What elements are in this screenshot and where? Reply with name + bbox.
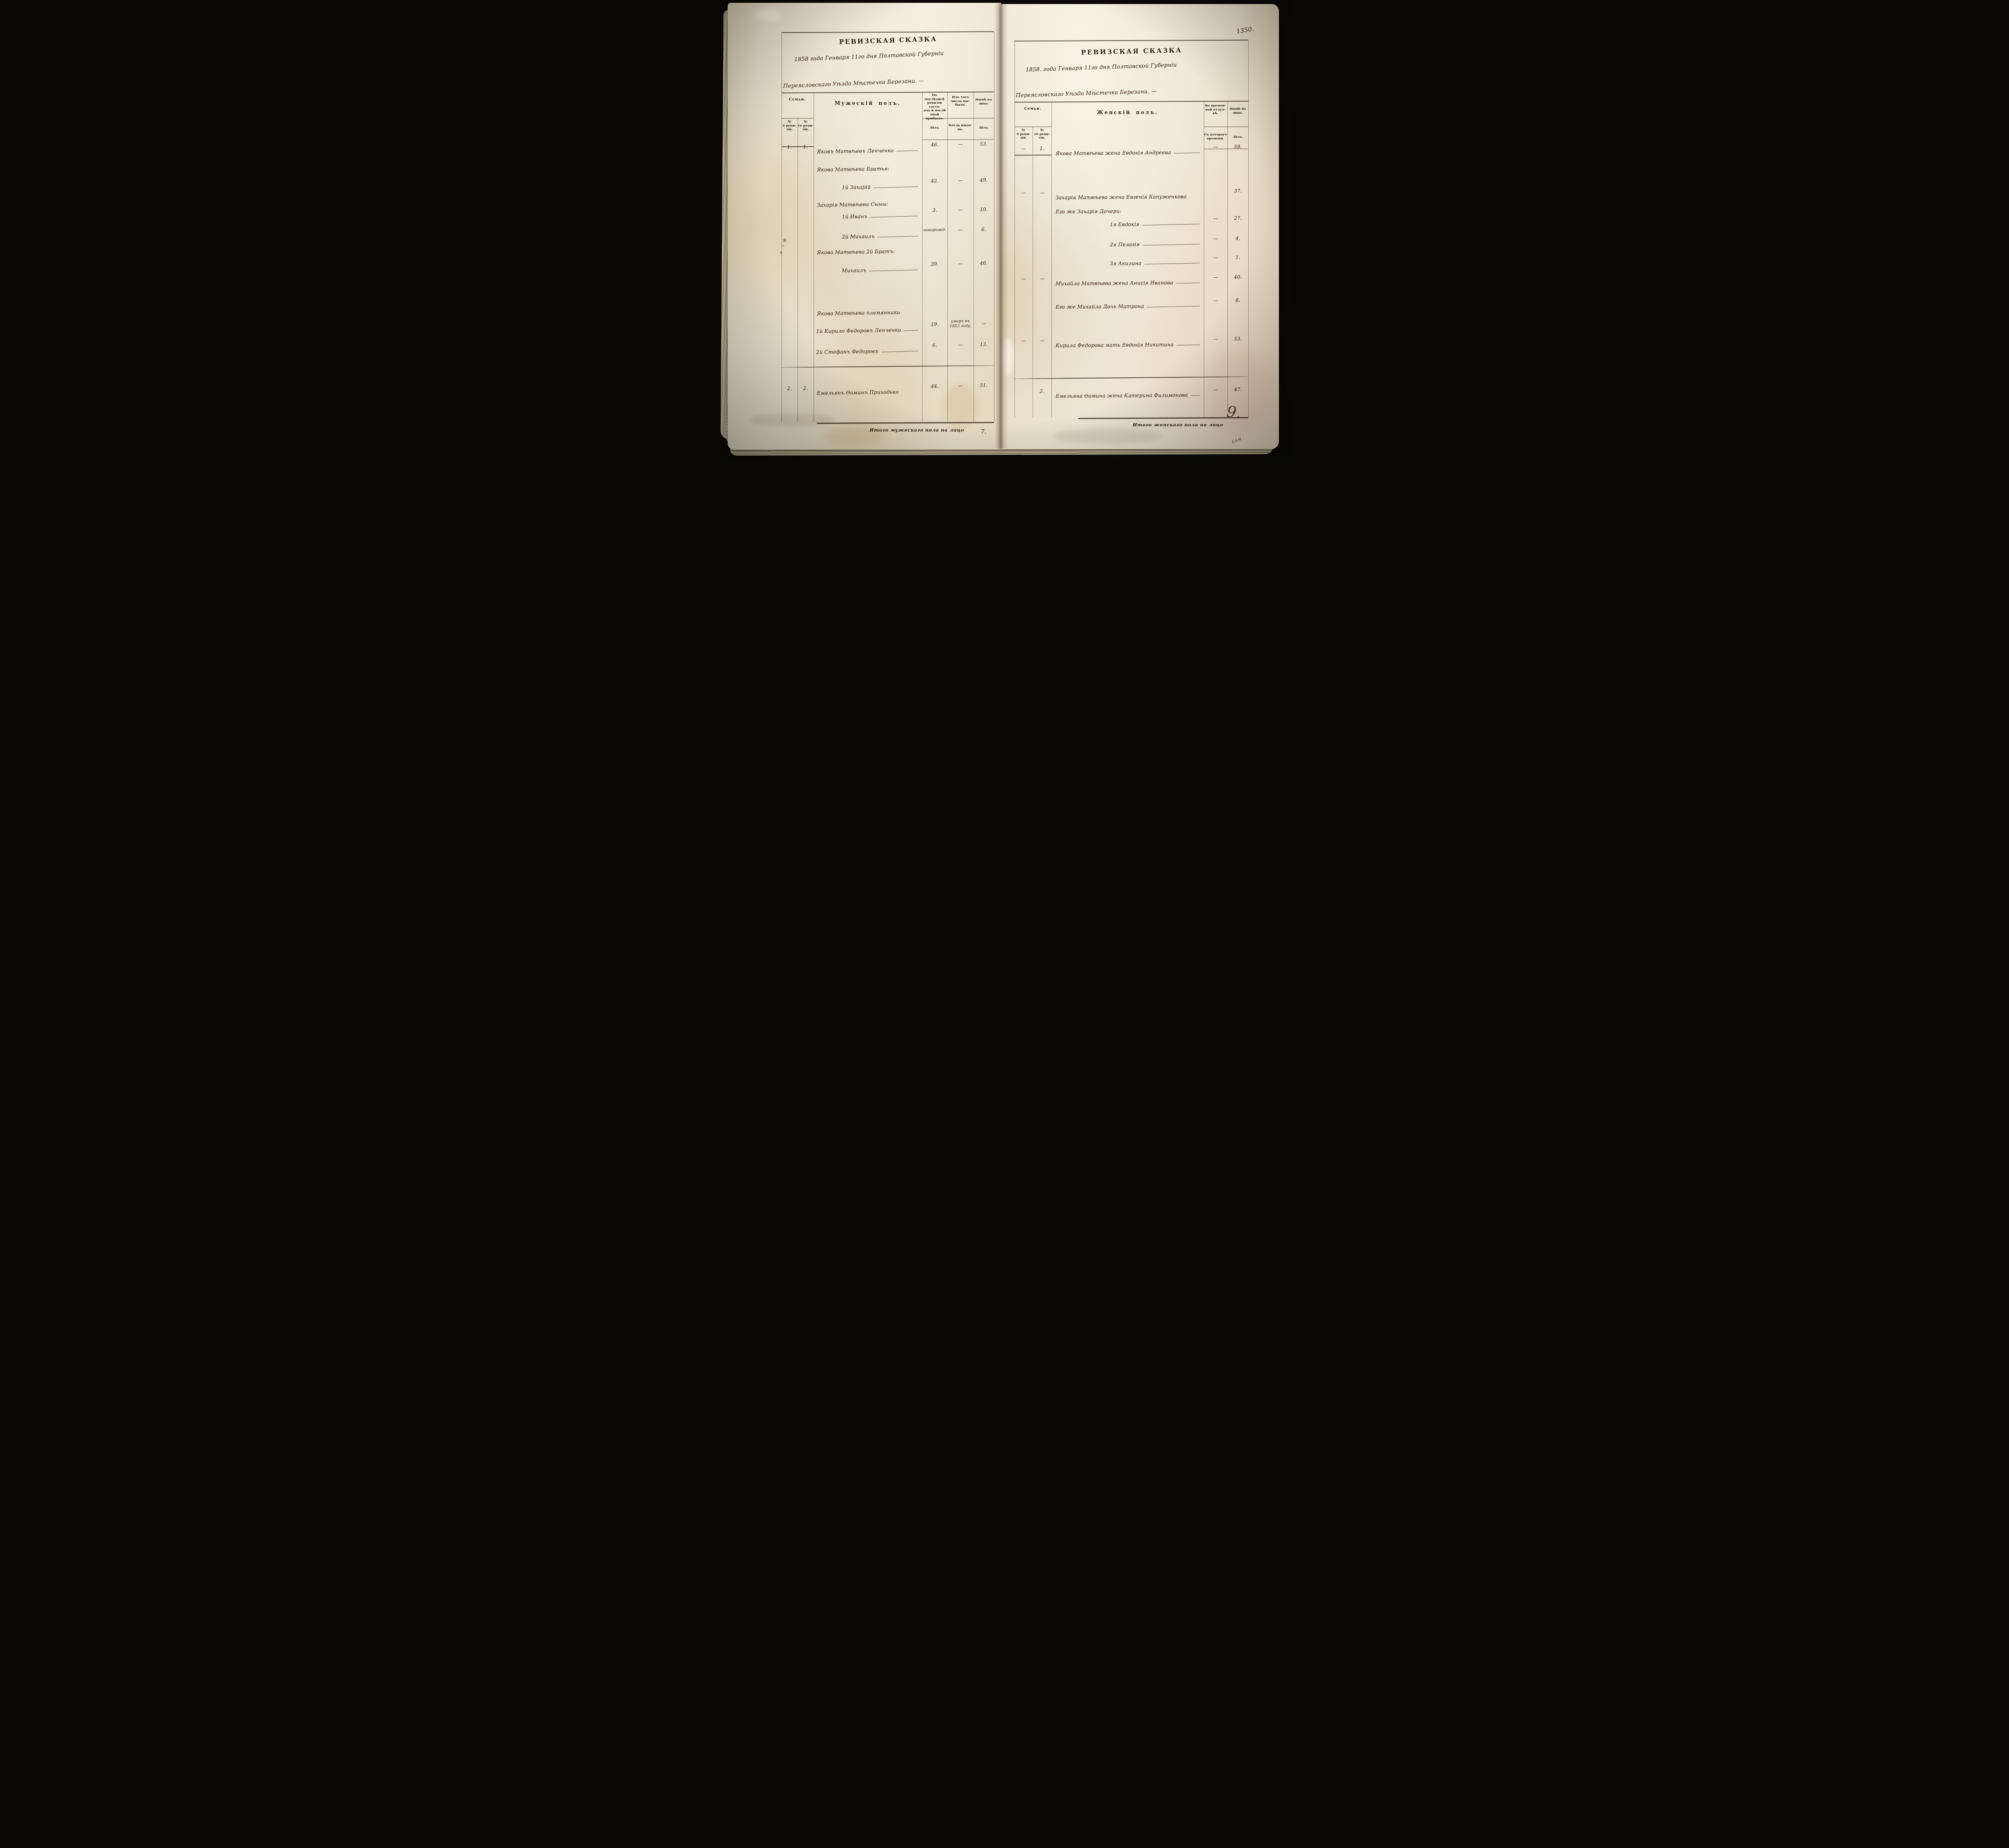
cell-absence: —	[1203, 331, 1227, 347]
cell-name: Михаилъ	[841, 256, 920, 277]
table-row: Его же Михайла Дочь Матрона—8.	[1014, 292, 1248, 310]
cell-age-now: —	[973, 315, 994, 332]
cell-rev9-number: 2.	[781, 380, 798, 397]
cell-age-now: 13.	[973, 336, 994, 353]
cell-name: 1й Кирило Федоровъ Ленченко	[816, 317, 920, 338]
cell-rev10-number: —	[1032, 332, 1051, 348]
table-row: 2я Пелагія—4.	[1014, 230, 1248, 248]
cell-age-now: 47.	[1227, 381, 1248, 397]
cell-age-prev: 3.	[922, 202, 947, 219]
person-name: 2й Стефанъ Федоровъ	[816, 348, 878, 355]
grid-line-horizontal	[816, 422, 994, 424]
female-total-label: Итого женскаго пола на лицо	[1107, 422, 1223, 428]
handwritten-rule	[869, 270, 918, 271]
family-separator-line	[779, 365, 994, 368]
group-heading-row: Якова Матвѣева племянники	[781, 298, 994, 317]
handwritten-rule	[1147, 306, 1200, 307]
person-name: 1й Захарій	[842, 184, 871, 190]
revision-list-book-photo: РЕВИЗСКАЯ СКАЗКА 1858 года Генваря 11го …	[720, 0, 1290, 462]
cell-age-now: 27.	[1227, 210, 1248, 226]
person-name: Михаилъ	[842, 267, 866, 274]
cell-rev9-number: 1.	[781, 139, 798, 155]
cell-age-prev: новорожд.	[922, 222, 947, 239]
table-row: ——Михайла Матвѣева жена Анисія Иванова—4…	[1014, 269, 1248, 287]
gutter-highlight	[1002, 338, 1014, 376]
person-name: Емельяна Ѳомина жена Катерина Филимонова	[1056, 392, 1188, 399]
cell-age-now: 51.	[973, 377, 994, 394]
cell-name: Якова Матвѣева 2й Братъ:	[816, 238, 920, 259]
cell-absence: —	[1203, 230, 1227, 247]
cell-departed: —	[947, 255, 974, 272]
handwritten-rule	[1191, 395, 1199, 396]
cell-age-now: 8.	[1227, 292, 1248, 308]
cell-age-now: 40.	[1227, 269, 1248, 285]
cell-age-prev: 46.	[922, 137, 947, 153]
handwritten-rule	[904, 330, 918, 331]
cell-rev10-number: 2.	[797, 380, 814, 397]
cell-departed: умеръ въ 1853 году.	[947, 315, 974, 332]
cell-age-now: 4.	[1227, 230, 1248, 246]
left-page: РЕВИЗСКАЯ СКАЗКА 1858 года Генваря 11го …	[728, 3, 1001, 450]
cell-name: 2й Стефанъ Федоровъ	[816, 338, 920, 359]
cell-age-now: 53.	[973, 136, 994, 152]
cell-absence: —	[1203, 210, 1227, 227]
cell-name: Кирила Федорова мать Евдокія Никитина	[1055, 331, 1201, 352]
cell-rev10-number: 2.	[1032, 383, 1051, 399]
cell-rev9-number: —	[1014, 333, 1032, 349]
table-row: 1й Захарій42.—49.	[781, 172, 994, 191]
cell-name: Михайла Матвѣева жена Анисія Иванова	[1055, 269, 1201, 290]
male-total-label: Итого мужескаго пола на лицо	[830, 427, 964, 433]
grid-line-horizontal	[1014, 40, 1248, 42]
table-row: 1.1.Яковъ Матвѣевъ Ленченко46.—53.	[781, 136, 994, 155]
cell-age-now: 6.	[973, 221, 994, 238]
table-row: 2.Емельяна Ѳомина жена Катерина Филимоно…	[1014, 381, 1248, 399]
group-heading-text: Якова Матвѣева племянники	[817, 309, 900, 316]
person-name: Яковъ Матвѣевъ Ленченко	[817, 147, 894, 155]
cell-absence: —	[1203, 249, 1227, 266]
cell-departed: —	[947, 172, 974, 188]
table-row: 1я Евдокія—27.	[1014, 210, 1248, 228]
handwritten-rule	[881, 351, 918, 352]
cell-departed: —	[947, 377, 974, 394]
person-name: 1я Евдокія	[1110, 221, 1140, 227]
family-separator-line	[1013, 376, 1249, 379]
group-heading-row: Якова Матвѣева Братья:	[781, 154, 994, 173]
grid-line-vertical	[1248, 40, 1249, 417]
cell-name: 3я Акилина	[1109, 250, 1201, 270]
cell-rev10-number: —	[1032, 270, 1051, 287]
person-name: 2я Пелагія	[1110, 241, 1140, 248]
person-name: Его же Михайла Дочь Матрона	[1056, 303, 1144, 310]
cell-age-now: 46.	[973, 255, 994, 272]
cell-departed: —	[947, 336, 974, 353]
table-row: 1й Иванъ3.—10.	[781, 201, 994, 221]
cell-absence: —	[1203, 269, 1227, 285]
handwritten-rule	[873, 186, 918, 188]
group-heading-text: Якова Матвѣева 2й Братъ:	[817, 248, 895, 256]
handwritten-rule	[1142, 244, 1199, 246]
cell-departed: —	[947, 221, 974, 238]
handwritten-rule	[1174, 153, 1200, 153]
handwritten-rule	[1176, 283, 1199, 284]
cell-age-prev: 44.	[922, 378, 947, 395]
grid-line-horizontal	[781, 92, 994, 93]
table-row: —1.Якова Матвѣева жена Евдокія Андреева—…	[1014, 139, 1248, 157]
female-table-rows: —1.Якова Матвѣева жена Евдокія Андреева—…	[1015, 40, 1248, 446]
cell-age-prev: 6.	[922, 337, 947, 354]
cell-name: Якова Матвѣева жена Евдокія Андреева	[1055, 139, 1201, 160]
cell-age-now: 1.	[1227, 249, 1248, 265]
person-name: 3я Акилина	[1110, 260, 1142, 266]
cell-name: 1я Евдокія	[1109, 211, 1201, 231]
handwritten-rule	[896, 150, 918, 151]
table-row: ——Кирила Федорова мать Евдокія Никитина—…	[1014, 331, 1248, 349]
cell-age-now: 49.	[973, 172, 994, 188]
torn-corner-highlight	[756, 9, 782, 21]
table-row: 2й Стефанъ Федоровъ6.—13.	[781, 336, 994, 356]
cell-rev10-number: 1.	[797, 139, 814, 155]
grid-line-horizontal	[1203, 127, 1248, 127]
grid-line-horizontal	[1014, 101, 1248, 103]
table-row: 2.2.Емельянъ Ѳоминъ Приходько44.—51.	[781, 377, 994, 397]
cell-age-prev: 39.	[922, 256, 947, 272]
person-name: Михайла Матвѣева жена Анисія Иванова	[1056, 280, 1173, 287]
folio-number: 1350.	[1236, 25, 1254, 35]
cell-absence: —	[1203, 381, 1227, 398]
cell-age-now: 10.	[973, 201, 994, 218]
person-name: Емельянъ Ѳоминъ Приходько	[817, 389, 899, 396]
cell-name: 1й Иванъ	[841, 203, 920, 223]
person-name: 1й Кирило Федоровъ Ленченко	[816, 327, 901, 334]
cell-name: Емельянъ Ѳоминъ Приходько	[816, 379, 920, 400]
grid-line-vertical	[1015, 40, 1015, 417]
female-table: РЕВИЗСКАЯ СКАЗКА 1858. года Генваря 11го…	[1015, 40, 1248, 446]
handwritten-rule	[1144, 263, 1200, 264]
cell-departed: —	[947, 201, 974, 218]
right-page: 1350. РЕВИЗСКАЯ СКАЗКА 1858. года Генвар…	[1001, 4, 1279, 449]
handwritten-rule	[870, 216, 918, 217]
cell-name: 2я Пелагія	[1109, 231, 1201, 251]
cell-rev9-number: —	[1014, 271, 1032, 287]
handwritten-rule	[1176, 345, 1200, 346]
group-heading-row: Якова Матвѣева 2й Братъ:	[781, 237, 994, 256]
cell-rev10-number: 1.	[1032, 140, 1051, 156]
cell-rev9-number: —	[1014, 141, 1032, 157]
male-table: РЕВИЗСКАЯ СКАЗКА 1858 года Генваря 11го …	[782, 32, 994, 442]
cell-age-prev: 19.	[922, 316, 947, 333]
person-name: 1й Иванъ	[842, 213, 867, 220]
handwritten-rule	[877, 236, 918, 237]
cell-name: Емельяна Ѳомина жена Катерина Филимонова	[1055, 382, 1201, 403]
handwritten-rule	[1142, 224, 1199, 225]
table-row: Михаилъ39.—46.	[781, 255, 994, 274]
group-heading-text: Якова Матвѣева Братья:	[817, 166, 890, 173]
table-row: 1й Кирило Федоровъ Ленченко19.умеръ въ 1…	[781, 315, 994, 335]
male-total-value: 7.	[974, 429, 994, 435]
table-row: 3я Акилина—1.	[1014, 249, 1248, 267]
cell-age-now: 53.	[1227, 331, 1248, 347]
person-name: Кирила Федорова мать Евдокія Никитина	[1056, 342, 1174, 349]
cell-age-now: 59.	[1227, 139, 1248, 155]
cell-age-prev: 42.	[922, 173, 947, 189]
grid-line-horizontal	[1078, 417, 1248, 419]
cell-absence: —	[1203, 139, 1227, 155]
female-total-value: 9.	[1225, 403, 1242, 422]
male-table-rows: 1.1.Яковъ Матвѣевъ Ленченко46.—53.Якова …	[782, 32, 994, 442]
cell-name: Его же Михайла Дочь Матрона	[1055, 293, 1201, 313]
grid-line-horizontal	[922, 118, 994, 119]
person-name: Якова Матвѣева жена Евдокія Андреева	[1056, 149, 1171, 157]
cell-absence: —	[1203, 292, 1227, 309]
grid-line-horizontal	[1014, 127, 1051, 127]
grid-line-horizontal	[781, 31, 994, 33]
cell-departed: —	[947, 136, 974, 152]
